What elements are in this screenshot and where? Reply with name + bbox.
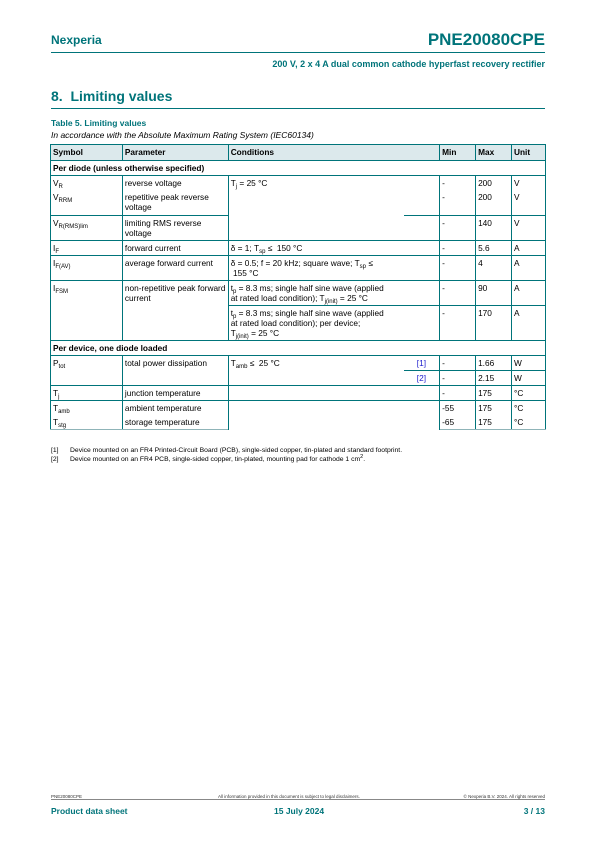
header-divider bbox=[51, 52, 545, 53]
col-symbol: Symbol bbox=[51, 145, 123, 161]
symbol-cell: VR bbox=[51, 176, 123, 191]
symbol-cell: IF(AV) bbox=[51, 256, 123, 281]
min-cell: - bbox=[440, 190, 476, 216]
table-notes: [1] Device mounted on an FR4 Printed-Cir… bbox=[51, 446, 402, 464]
min-cell: - bbox=[440, 386, 476, 401]
max-cell: 4 bbox=[476, 256, 512, 281]
ref-cell bbox=[404, 176, 440, 191]
note-key: [1] bbox=[51, 446, 70, 455]
max-cell: 1.66 bbox=[476, 356, 512, 371]
table-subcaption: In accordance with the Absolute Maximum … bbox=[51, 130, 314, 140]
table-row: Ptot total power dissipation Tamb ≤ 25 °… bbox=[51, 356, 546, 371]
limiting-values-table: Symbol Parameter Conditions Min Max Unit… bbox=[50, 144, 546, 430]
max-cell: 175 bbox=[476, 415, 512, 430]
col-parameter: Parameter bbox=[122, 145, 228, 161]
conditions-cell: tp = 8.3 ms; single half sine wave (appl… bbox=[228, 281, 439, 306]
note-text: Device mounted on an FR4 PCB, single-sid… bbox=[70, 455, 365, 464]
ref-cell bbox=[404, 190, 440, 216]
conditions-cell: δ = 1; Tsp ≤ 150 °C bbox=[228, 241, 439, 256]
note-key: [2] bbox=[51, 455, 70, 464]
note-2: [2] Device mounted on an FR4 PCB, single… bbox=[51, 455, 402, 464]
conditions-cell: δ = 0.5; f = 20 kHz; square wave; Tsp ≤ … bbox=[228, 256, 439, 281]
max-cell: 140 bbox=[476, 216, 512, 241]
table-row: IFSM non-repetitive peak forward current… bbox=[51, 281, 546, 306]
part-number: PNE20080CPE bbox=[428, 30, 545, 50]
min-cell: -65 bbox=[440, 415, 476, 430]
parameter-cell: average forward current bbox=[122, 256, 228, 281]
group-header: Per diode (unless otherwise specified) bbox=[51, 161, 546, 176]
group-title: Per device, one diode loaded bbox=[51, 341, 546, 356]
col-max: Max bbox=[476, 145, 512, 161]
note-ref-2-link[interactable]: [2] bbox=[404, 371, 440, 386]
symbol-cell: Ptot bbox=[51, 356, 123, 386]
symbol-cell: IF bbox=[51, 241, 123, 256]
ref-cell bbox=[404, 216, 440, 241]
min-cell: - bbox=[440, 356, 476, 371]
note-text: Device mounted on an FR4 Printed-Circuit… bbox=[70, 446, 402, 455]
min-cell: - bbox=[440, 241, 476, 256]
max-cell: 200 bbox=[476, 176, 512, 191]
section-divider bbox=[51, 108, 545, 109]
conditions-cell bbox=[228, 386, 439, 401]
table-row: Tamb ambient temperature -55 175 °C bbox=[51, 401, 546, 416]
parameter-cell: non-repetitive peak forward current bbox=[122, 281, 228, 341]
table-row: IF forward current δ = 1; Tsp ≤ 150 °C -… bbox=[51, 241, 546, 256]
unit-cell: °C bbox=[512, 415, 546, 430]
col-unit: Unit bbox=[512, 145, 546, 161]
min-cell: - bbox=[440, 256, 476, 281]
table-row: VR reverse voltage Tj = 25 °C - 200 V bbox=[51, 176, 546, 191]
unit-cell: A bbox=[512, 256, 546, 281]
parameter-cell: reverse voltage bbox=[122, 176, 228, 191]
unit-cell: A bbox=[512, 306, 546, 341]
unit-cell: °C bbox=[512, 401, 546, 416]
max-cell: 175 bbox=[476, 386, 512, 401]
unit-cell: W bbox=[512, 356, 546, 371]
unit-cell: °C bbox=[512, 386, 546, 401]
group-title: Per diode (unless otherwise specified) bbox=[51, 161, 546, 176]
parameter-cell: repetitive peak reverse voltage bbox=[122, 190, 228, 216]
max-cell: 170 bbox=[476, 306, 512, 341]
conditions-cell: tp = 8.3 ms; single half sine wave (appl… bbox=[228, 306, 439, 341]
max-cell: 200 bbox=[476, 190, 512, 216]
symbol-cell: Tj bbox=[51, 386, 123, 401]
col-conditions: Conditions bbox=[228, 145, 439, 161]
symbol-cell: VR(RMS)lim bbox=[51, 216, 123, 241]
group-header: Per device, one diode loaded bbox=[51, 341, 546, 356]
parameter-cell: storage temperature bbox=[122, 415, 228, 430]
max-cell: 175 bbox=[476, 401, 512, 416]
note-ref-1-link[interactable]: [1] bbox=[404, 356, 440, 371]
conditions-cell: Tj = 25 °C bbox=[228, 176, 404, 241]
footer-doc-type: Product data sheet bbox=[51, 806, 128, 816]
max-cell: 5.6 bbox=[476, 241, 512, 256]
brand-name: Nexperia bbox=[51, 33, 102, 47]
section-number: 8. bbox=[51, 88, 63, 104]
symbol-cell: Tstg bbox=[51, 415, 123, 430]
product-subtitle: 200 V, 2 x 4 A dual common cathode hyper… bbox=[272, 59, 545, 69]
min-cell: - bbox=[440, 371, 476, 386]
unit-cell: A bbox=[512, 281, 546, 306]
symbol-cell: Tamb bbox=[51, 401, 123, 416]
unit-cell: W bbox=[512, 371, 546, 386]
section-title-text: Limiting values bbox=[70, 88, 172, 104]
min-cell: - bbox=[440, 281, 476, 306]
parameter-cell: junction temperature bbox=[122, 386, 228, 401]
min-cell: - bbox=[440, 306, 476, 341]
parameter-cell: limiting RMS reverse voltage bbox=[122, 216, 228, 241]
unit-cell: A bbox=[512, 241, 546, 256]
min-cell: - bbox=[440, 216, 476, 241]
footer-divider bbox=[51, 799, 545, 800]
table-caption: Table 5. Limiting values bbox=[51, 118, 146, 128]
min-cell: - bbox=[440, 176, 476, 191]
max-cell: 90 bbox=[476, 281, 512, 306]
table-row: IF(AV) average forward current δ = 0.5; … bbox=[51, 256, 546, 281]
note-1: [1] Device mounted on an FR4 Printed-Cir… bbox=[51, 446, 402, 455]
min-cell: -55 bbox=[440, 401, 476, 416]
unit-cell: V bbox=[512, 216, 546, 241]
unit-cell: V bbox=[512, 190, 546, 216]
max-cell: 2.15 bbox=[476, 371, 512, 386]
parameter-cell: total power dissipation bbox=[122, 356, 228, 386]
symbol-cell: VRRM bbox=[51, 190, 123, 216]
footer-date: 15 July 2024 bbox=[274, 806, 324, 816]
conditions-cell: Tamb ≤ 25 °C bbox=[228, 356, 404, 386]
table-header-row: Symbol Parameter Conditions Min Max Unit bbox=[51, 145, 546, 161]
symbol-cell: IFSM bbox=[51, 281, 123, 341]
conditions-cell bbox=[228, 401, 439, 430]
parameter-cell: ambient temperature bbox=[122, 401, 228, 416]
section-title: 8. Limiting values bbox=[51, 88, 172, 104]
col-min: Min bbox=[440, 145, 476, 161]
unit-cell: V bbox=[512, 176, 546, 191]
parameter-cell: forward current bbox=[122, 241, 228, 256]
footer-page-number: 3 / 13 bbox=[524, 806, 545, 816]
table-row: Tj junction temperature - 175 °C bbox=[51, 386, 546, 401]
